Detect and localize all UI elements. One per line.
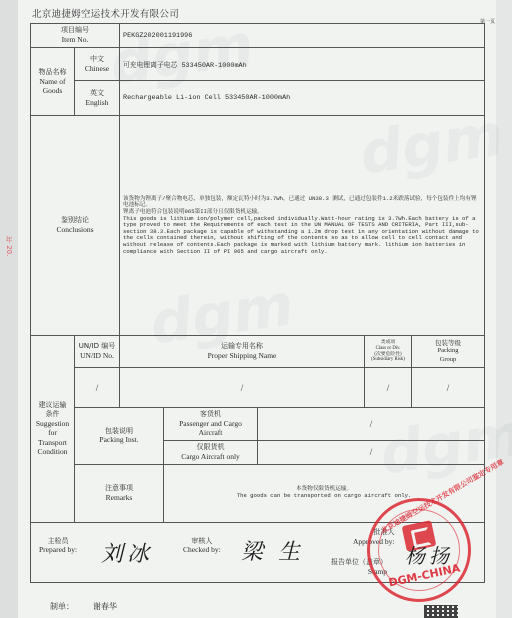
prepared-by-label: 主检员 Prepared by:	[39, 537, 77, 555]
class-div-value: /	[365, 368, 412, 408]
class-div-label: 类或项 Class or Div. (次要危险性) (Subsidiary Ri…	[365, 336, 412, 368]
qr-code-icon	[424, 605, 458, 618]
passenger-cargo-value: /	[258, 408, 485, 441]
conclusions-row: 鉴别结论 Conclusions 该货物为锂离子/聚合物电芯，单独包装，额定瓦特…	[31, 116, 485, 336]
item-no-row: 项目编号 Item No. PEKGZ202001191996	[31, 24, 485, 48]
goods-english-row: 英文 English Rechargeable Li-ion Cell 5334…	[31, 81, 485, 116]
page-left-edge	[0, 0, 18, 618]
un-id-label: UN/ID 编号 UN/ID No.	[75, 336, 120, 368]
checked-by-label: 审核人 Checked by:	[183, 537, 221, 555]
un-id-value: /	[75, 368, 120, 408]
page-right-edge	[496, 0, 512, 618]
packing-passenger-row: 包装说明 Packing Inst. 客货机 Passenger and Car…	[31, 408, 485, 441]
shipping-name-value: /	[120, 368, 365, 408]
transport-header-row: 建议运输 条件 Suggestion for Transport Conditi…	[31, 336, 485, 368]
conclusions-label: 鉴别结论 Conclusions	[31, 116, 120, 336]
cargo-only-value: /	[258, 440, 485, 464]
remarks-label: 注意事项 Remarks	[75, 464, 164, 522]
item-no-value: PEKGZ202001191996	[120, 24, 485, 48]
document-maker-label: 制单：	[50, 601, 74, 612]
prepared-by-signature: 刘冰	[101, 537, 153, 568]
transport-condition-label: 建议运输 条件 Suggestion for Transport Conditi…	[31, 336, 75, 523]
packing-group-label: 包装等级 Packing Group	[412, 336, 485, 368]
goods-chinese-row: 物品名称 Name of Goods 中文 Chinese 可充电锂离子电芯 5…	[31, 48, 485, 81]
company-name: 北京迪捷姆空运技术开发有限公司	[32, 6, 179, 20]
goods-chinese-value: 可充电锂离子电芯 533450AR-1000mAh	[120, 48, 485, 81]
transport-values-row: / / / /	[31, 368, 485, 408]
passenger-cargo-label: 客货机 Passenger and Cargo Aircraft	[164, 408, 258, 441]
chinese-label: 中文 Chinese	[75, 48, 120, 81]
side-perforation-seal: 年 20.	[4, 236, 14, 256]
cargo-only-label: 仅限货机 Cargo Aircraft only	[164, 440, 258, 464]
conclusions-text: 该货物为锂离子/聚合物电芯，单独包装，额定瓦特小时为3.7Wh，已通过 UN38…	[120, 116, 485, 336]
goods-english-value: Rechargeable Li-ion Cell 533450AR-1000mA…	[120, 81, 485, 116]
packing-group-value: /	[412, 368, 485, 408]
goods-name-label: 物品名称 Name of Goods	[31, 48, 75, 116]
item-no-label: 项目编号 Item No.	[31, 24, 120, 48]
packing-inst-label: 包装说明 Packing Inst.	[75, 408, 164, 465]
checked-by-signature: 梁 生	[241, 535, 304, 566]
document-maker-name: 谢春华	[93, 601, 117, 612]
english-label: 英文 English	[75, 81, 120, 116]
approved-by-signature: 杨扬	[405, 540, 453, 569]
shipping-name-label: 运输专用名称 Proper Shipping Name	[120, 336, 365, 368]
